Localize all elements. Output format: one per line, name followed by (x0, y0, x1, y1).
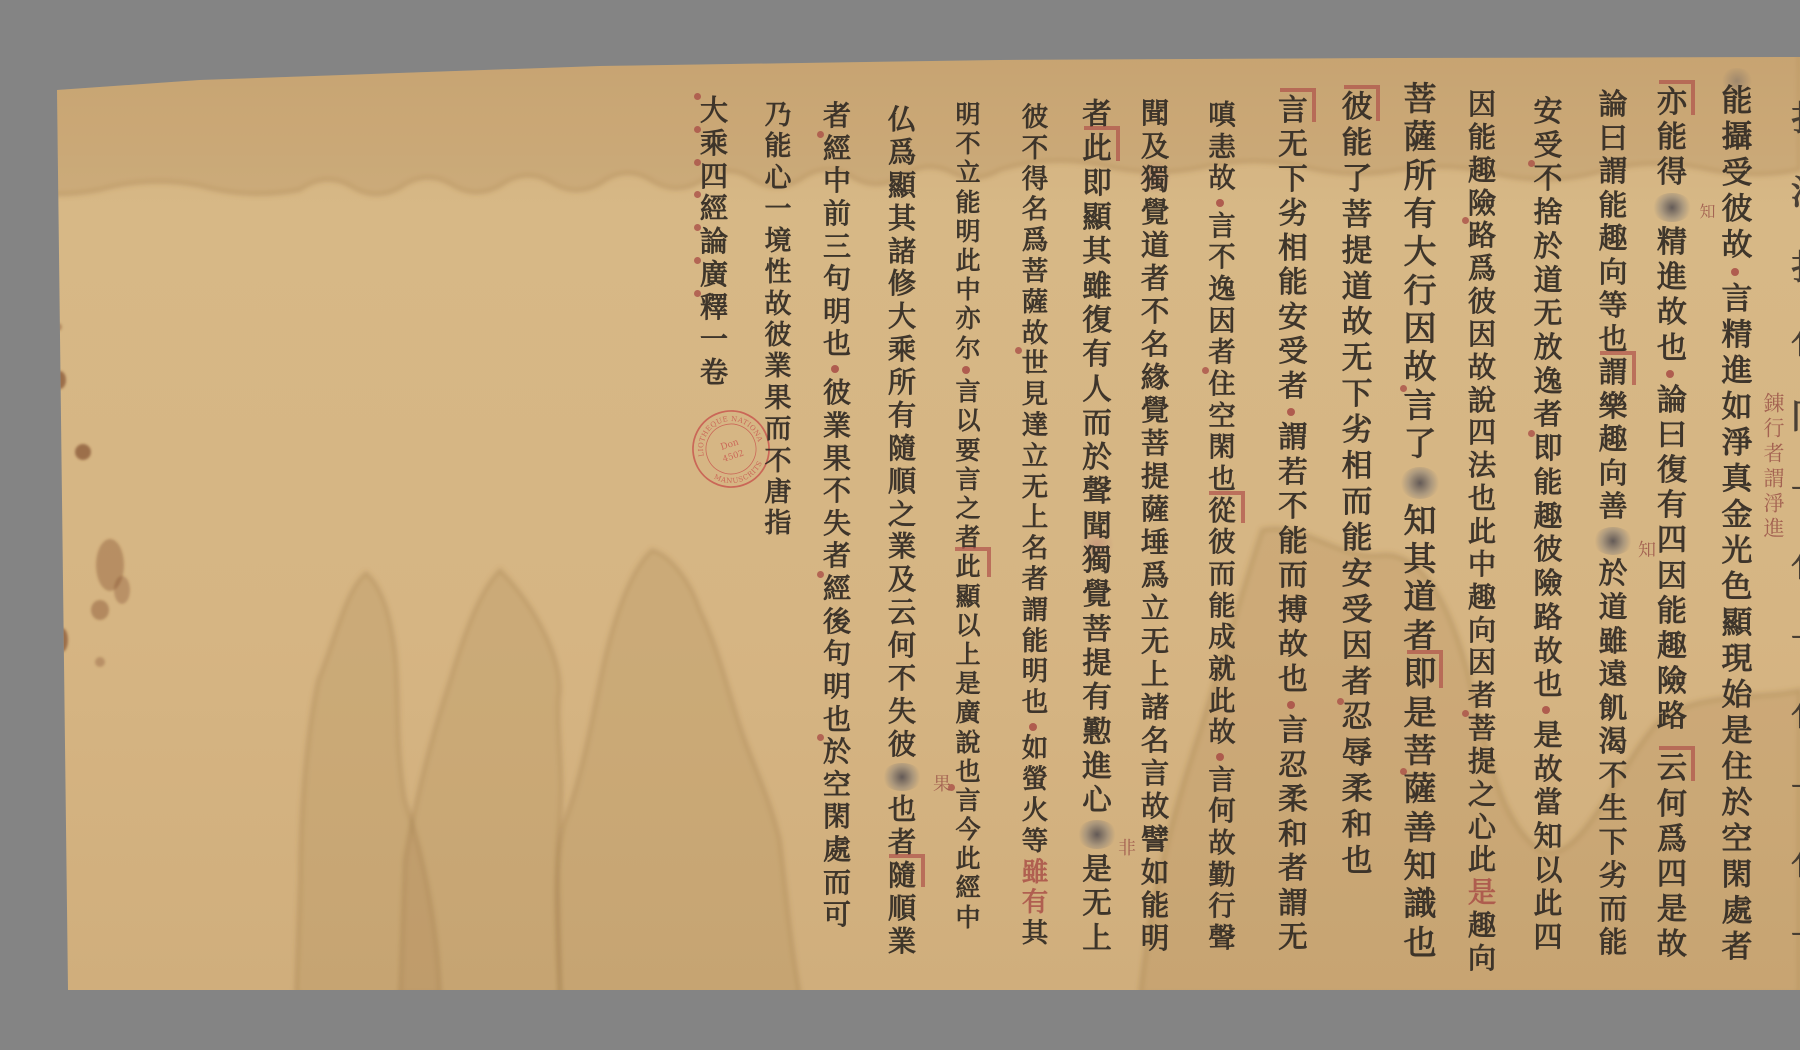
character: 明 (1129, 922, 1181, 955)
text-column-4: 安受不捨於道无放逸者即能趣彼險路故也是故當知以此四 (1522, 95, 1574, 955)
character: 金 (1711, 497, 1763, 533)
character: 其 (876, 202, 928, 235)
character: 了 (1394, 425, 1446, 463)
character: 人 (1071, 372, 1123, 406)
character: 菩 (1331, 198, 1383, 234)
character: 法 (1456, 449, 1508, 482)
character: 性 (752, 257, 804, 288)
character: 於 (1587, 557, 1639, 591)
character: 趣 (1456, 909, 1508, 942)
character: 中 (942, 903, 994, 932)
character: 名 (1009, 195, 1061, 226)
character: 以 (1522, 854, 1574, 888)
text-column-5: 因能趣險路爲彼因故說四法也此中趣向因者菩提之心此是趣向 (1456, 88, 1508, 975)
character: 而 (1331, 485, 1383, 521)
character: 故 (1331, 305, 1383, 341)
character: 獨 (1129, 163, 1181, 196)
character: 薩 (1394, 770, 1446, 808)
character: 釋 (688, 292, 740, 325)
character: 何 (1646, 787, 1698, 822)
character: 故 (1267, 627, 1319, 661)
character: 上 (942, 640, 994, 669)
character: 四 (1646, 857, 1698, 892)
character: 亻 (1782, 826, 1800, 900)
character: 下 (1267, 162, 1319, 196)
character: 險 (1456, 187, 1508, 220)
character: 者 (1009, 565, 1061, 596)
character: 不 (942, 129, 994, 158)
character: 路 (1646, 699, 1698, 734)
character: 能 (1129, 889, 1181, 922)
character: 閑 (1196, 432, 1248, 464)
character: 者 (1456, 679, 1508, 712)
title-column: 大乘四經論廣釋一卷 (688, 95, 740, 390)
character: 乘 (876, 333, 928, 366)
character: 能 (1587, 926, 1639, 960)
character: 彼 (1009, 103, 1061, 134)
character: 扌 (1782, 231, 1800, 305)
character: 現 (1711, 641, 1763, 677)
character: 心 (1456, 811, 1508, 844)
character: 經 (942, 873, 994, 902)
character: 故 (1009, 319, 1061, 350)
character: 飢 (1587, 692, 1639, 726)
character: 譬 (1129, 823, 1181, 856)
character: 今 (942, 815, 994, 844)
character: 了 (1331, 162, 1383, 198)
character: 四 (688, 161, 740, 194)
character: 捨 (1522, 196, 1574, 230)
character: 得 (1646, 155, 1698, 190)
character: 此 (942, 844, 994, 873)
character: 此 (1071, 131, 1123, 165)
character: 如 (1009, 734, 1061, 765)
character: 經 (811, 133, 863, 166)
character: 趣 (1522, 500, 1574, 534)
red-punctuation-dot (1196, 749, 1248, 765)
character: 三 (811, 231, 863, 264)
red-ink-character: 有 (1009, 888, 1061, 919)
character: 亻 (1782, 305, 1800, 379)
marginal-correction: 果 (931, 774, 949, 792)
marginal-correction: 知 (1698, 203, 1714, 219)
character: 句 (811, 638, 863, 671)
character: 者 (1267, 369, 1319, 403)
character: 也 (811, 704, 863, 737)
character: 故 (1522, 753, 1574, 787)
character: 名 (1129, 328, 1181, 361)
character: 趣 (1587, 222, 1639, 256)
character: 无 (1331, 341, 1383, 377)
character: 立 (1009, 442, 1061, 473)
character: 攝 (1711, 119, 1763, 155)
character: 能 (1196, 591, 1248, 623)
character: 謂 (1267, 420, 1319, 454)
character: 也 (876, 793, 928, 826)
character: 劣 (1331, 413, 1383, 449)
character: 謂 (1267, 886, 1319, 920)
character: 可 (811, 899, 863, 932)
character: 道 (1129, 229, 1181, 262)
character: 名 (1009, 534, 1061, 565)
character: 一 (1782, 603, 1800, 677)
character: 明 (942, 100, 994, 129)
character: 不 (1009, 134, 1061, 165)
character: 論 (1587, 88, 1639, 122)
character: 爲 (1009, 226, 1061, 257)
character: 向 (1587, 256, 1639, 290)
character: 上 (1129, 658, 1181, 691)
character: 其 (1009, 919, 1061, 950)
character: 渴 (1587, 725, 1639, 759)
text-column-8: 言无下劣相能安受者謂若不能而搏故也言忍柔和者謂无 (1267, 93, 1319, 955)
character: 不 (811, 475, 863, 508)
character: 真 (1711, 461, 1763, 497)
character: 樂 (1587, 390, 1639, 424)
character: 放 (1522, 331, 1574, 365)
character: 諸 (1129, 691, 1181, 724)
character: 成 (1196, 622, 1248, 654)
character: 世 (1009, 349, 1061, 380)
character: 立 (942, 158, 994, 187)
character: 精 (1711, 317, 1763, 353)
character: 善 (1394, 809, 1446, 847)
character: 也 (1009, 688, 1061, 719)
character: 趣 (1587, 423, 1639, 457)
character: 知 (1394, 502, 1446, 540)
character: 而 (1196, 559, 1248, 591)
character: 向 (1456, 614, 1508, 647)
character: 无 (1267, 127, 1319, 161)
character: 言 (1394, 387, 1446, 425)
character: 安 (1267, 300, 1319, 334)
character: 彼 (1711, 191, 1763, 227)
character: 順 (876, 892, 928, 925)
character: 於 (1522, 230, 1574, 264)
character: 心 (1071, 783, 1123, 817)
character: 故 (752, 289, 804, 320)
character: 曰 (1646, 418, 1698, 453)
character: 能 (1646, 120, 1698, 155)
character: 趣 (1456, 154, 1508, 187)
character: 故 (1646, 295, 1698, 330)
character: 不 (1587, 759, 1639, 793)
character: 故 (1129, 790, 1181, 823)
character: 道 (1522, 264, 1574, 298)
character: 聲 (1071, 474, 1123, 508)
character: 菩 (1129, 427, 1181, 460)
character: 薩 (1129, 493, 1181, 526)
character: 菩 (1394, 80, 1446, 118)
character: 是 (1071, 852, 1123, 886)
character: 指 (752, 508, 804, 539)
character: 安 (1331, 557, 1383, 593)
character: 閑 (811, 801, 863, 834)
character: 所 (1394, 157, 1446, 195)
character: 當 (1522, 786, 1574, 820)
character: 因 (1646, 559, 1698, 594)
character: 之 (942, 494, 994, 523)
character: 爲 (1646, 822, 1698, 857)
character: 閑 (1711, 857, 1763, 893)
character: 行 (1196, 891, 1248, 923)
character: 因 (1456, 88, 1508, 121)
character: 提 (1331, 234, 1383, 270)
character: 道 (1394, 578, 1446, 616)
character: 忍 (1267, 748, 1319, 782)
character: 向 (1587, 457, 1639, 491)
character: 等 (1587, 289, 1639, 323)
text-column-7: 彼能了菩提道故无下劣相而能安受因者忍辱柔和也 (1331, 90, 1383, 880)
character: 空 (811, 769, 863, 802)
character: 後 (811, 606, 863, 639)
character: 亦 (942, 304, 994, 333)
text-column-14: 仏爲顯其諸修大乘所有隨順之業及云何不失彼也者隨順業 (876, 103, 928, 958)
character: 果 (811, 443, 863, 476)
character: 忍 (1331, 700, 1383, 736)
character: 也 (1267, 662, 1319, 696)
character: 亻 (1782, 677, 1800, 751)
character: 能 (1456, 121, 1508, 154)
character: 始 (1711, 677, 1763, 713)
character: 識 (1394, 885, 1446, 923)
character: 乃 (752, 100, 804, 131)
character: 及 (1129, 130, 1181, 163)
character: 句 (811, 263, 863, 296)
character: 受 (1711, 155, 1763, 191)
character: 前 (811, 198, 863, 231)
character: 復 (1071, 303, 1123, 337)
character: 嗔 (1196, 100, 1248, 132)
character: 此 (1456, 843, 1508, 876)
character: 乘 (688, 128, 740, 161)
character: 中 (811, 165, 863, 198)
character: 有 (1394, 195, 1446, 233)
character: 一 (752, 194, 804, 225)
character: 而 (1587, 893, 1639, 927)
character: 於 (811, 736, 863, 769)
character: 緣 (1129, 361, 1181, 394)
character: 果 (752, 383, 804, 414)
character: 因 (1394, 310, 1446, 348)
character: 行 (1394, 272, 1446, 310)
text-column-10: 聞及獨覺道者不名緣覺菩提薩埵爲立无上諸名言故譬如能明 (1129, 97, 1181, 955)
character: 埵 (1129, 526, 1181, 559)
character: 要 (942, 436, 994, 465)
character: 卷 (688, 357, 740, 390)
character: 也 (1522, 668, 1574, 702)
character: 遠 (1587, 658, 1639, 692)
text-column-9: 嗔恚故言不逸因者住空閑也從彼而能成就此故言何故勤行聲 (1196, 100, 1248, 955)
character: 菩 (1009, 257, 1061, 288)
character: 和 (1331, 808, 1383, 844)
character: 處 (811, 834, 863, 867)
character: 雖 (1587, 625, 1639, 659)
character: 因 (1196, 306, 1248, 338)
red-punctuation-dot (811, 361, 863, 377)
character: 此 (1196, 686, 1248, 718)
character: 顯 (1071, 200, 1123, 234)
text-column-13: 明不立能明此中亦尔言以要言之者此顯以上是廣說也言今此經中 (942, 100, 994, 932)
character: 而 (811, 867, 863, 900)
character: 空 (1196, 401, 1248, 433)
character: 菩 (1456, 712, 1508, 745)
character: 以 (942, 406, 994, 435)
character: 曰 (1587, 122, 1639, 156)
character: 顯 (1711, 605, 1763, 641)
character: 受 (1522, 129, 1574, 163)
character: 能 (942, 188, 994, 217)
character: 向 (1456, 942, 1508, 975)
character: 廣 (688, 259, 740, 292)
character: 不 (1522, 162, 1574, 196)
character: 尔 (942, 334, 994, 363)
character: 住 (1711, 749, 1763, 785)
character: 業 (811, 410, 863, 443)
character: 順 (876, 465, 928, 498)
character: 進 (1646, 260, 1698, 295)
character: 失 (811, 508, 863, 541)
character: 爲 (876, 136, 928, 169)
character: 者 (1196, 337, 1248, 369)
character: 而 (1071, 406, 1123, 440)
character: 趣 (1646, 629, 1698, 664)
character: 能 (1267, 265, 1319, 299)
character: 言 (1129, 757, 1181, 790)
character: 故 (1522, 635, 1574, 669)
character: 者 (1331, 665, 1383, 701)
character: 能 (1522, 466, 1574, 500)
text-column-16: 乃能心一境性故彼業果而不唐指 (752, 100, 804, 540)
character: 彼 (876, 728, 928, 761)
character: 一 (688, 324, 740, 357)
character: 謂 (1587, 155, 1639, 189)
character: 彼 (1456, 285, 1508, 318)
character: 謂 (1009, 596, 1061, 627)
character: 聞 (1071, 509, 1123, 543)
character: 云 (876, 596, 928, 629)
character: 逸 (1196, 274, 1248, 306)
character: 獨 (1071, 543, 1123, 577)
character: 菩 (1394, 732, 1446, 770)
character: 提 (1456, 745, 1508, 778)
character: 无 (1009, 473, 1061, 504)
character: 經 (688, 193, 740, 226)
character: 聞 (1129, 97, 1181, 130)
character: 住 (1196, 369, 1248, 401)
character: 因 (1331, 629, 1383, 665)
character: 上 (1009, 503, 1061, 534)
character: 論 (688, 226, 740, 259)
character: 一 (1782, 752, 1800, 826)
character: 氵 (1782, 156, 1800, 230)
character: 不 (1267, 489, 1319, 523)
character: 彼 (1522, 533, 1574, 567)
character: 能 (1646, 594, 1698, 629)
character: 也 (811, 328, 863, 361)
character: 安 (1522, 95, 1574, 129)
text-column-6: 菩薩所有大行因故言了知其道者即是菩薩善知識也 (1394, 80, 1446, 962)
text-column-2: 亦能得精進故也論曰復有四因能趣險路云何爲四是故 (1646, 85, 1698, 962)
character: 光 (1711, 533, 1763, 569)
character: 道 (1587, 591, 1639, 625)
character: 薩 (1394, 118, 1446, 156)
character: 也 (1456, 482, 1508, 515)
erased-character (1587, 524, 1639, 558)
character: 明 (1009, 657, 1061, 688)
character: 是 (1646, 892, 1698, 927)
character: 其 (1071, 234, 1123, 268)
character: 路 (1456, 219, 1508, 252)
character: 大 (688, 95, 740, 128)
character: 劣 (1267, 196, 1319, 230)
character: 廣 (942, 698, 994, 727)
character: 失 (876, 695, 928, 728)
character: 心 (752, 163, 804, 194)
character: 達 (1009, 411, 1061, 442)
character: 大 (876, 300, 928, 333)
character: 火 (1009, 796, 1061, 827)
character: 業 (752, 351, 804, 382)
character: 下 (1331, 377, 1383, 413)
character: 能 (1711, 83, 1763, 119)
character: 險 (1646, 664, 1698, 699)
character: 者 (1267, 851, 1319, 885)
character: 提 (1129, 460, 1181, 493)
character: 若 (1267, 455, 1319, 489)
character: 諸 (876, 235, 928, 268)
character: 有 (1646, 488, 1698, 523)
character: 受 (1331, 593, 1383, 629)
character: 經 (811, 573, 863, 606)
erased-character (1646, 190, 1698, 225)
character: 唐 (752, 477, 804, 508)
red-punctuation-dot (1267, 696, 1319, 713)
red-punctuation-dot (1267, 403, 1319, 420)
character: 能 (1587, 189, 1639, 223)
character: 修 (876, 267, 928, 300)
erased-character (876, 761, 928, 794)
character: 此 (1522, 887, 1574, 921)
character: 覺 (1071, 577, 1123, 611)
character: 生 (1587, 792, 1639, 826)
character: 見 (1009, 380, 1061, 411)
character: 故 (1196, 717, 1248, 749)
character: 劣 (1587, 859, 1639, 893)
character: 此 (1456, 515, 1508, 548)
red-punctuation-dot (942, 363, 994, 378)
red-ink-character: 雖 (1009, 858, 1061, 889)
text-column-3: 論曰謂能趣向等也謂樂趣向善於道雖遠飢渴不生下劣而能 (1587, 88, 1639, 960)
character: 也 (1331, 844, 1383, 880)
character: 言 (1267, 713, 1319, 747)
red-punctuation-dot (1522, 702, 1574, 719)
character: 亦 (1646, 85, 1698, 120)
character: 故 (1196, 163, 1248, 195)
character: 此 (942, 552, 994, 581)
character: 薩 (1009, 288, 1061, 319)
character: 明 (811, 671, 863, 704)
character: 也 (1646, 331, 1698, 366)
character: 不 (876, 662, 928, 695)
character: 淨 (1711, 425, 1763, 461)
character: 四 (1522, 921, 1574, 955)
character: 於 (1711, 785, 1763, 821)
character: 從 (1196, 496, 1248, 528)
text-column-15: 者經中前三句明也彼業果不失者經後句明也於空閑處而可 (811, 100, 863, 932)
character: 懃 (1071, 715, 1123, 749)
character: 言 (942, 465, 994, 494)
